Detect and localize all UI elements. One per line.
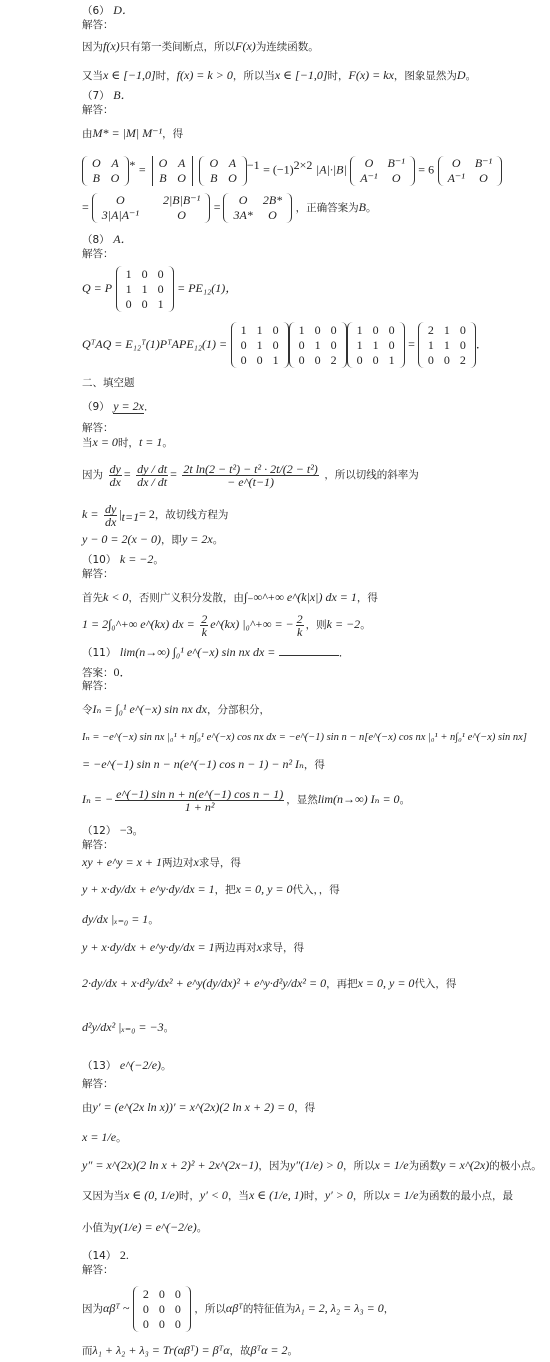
q10-line-1: 首先k < 0，否则广义积分发散，由∫₋∞^+∞ e^(k|x|) dx = 1… [82, 590, 378, 605]
q9-solution-label: 解答： [82, 421, 114, 435]
block-matrix: OABO [82, 156, 129, 186]
q12-line-1: xy + e^y = x + 1两边对x求导，得 [82, 855, 241, 870]
q11-solution-label: 解答： [82, 679, 114, 693]
q6-line-1: 因为f(x)只有第一类间断点，所以F(x)为连续函数。 [82, 39, 319, 54]
q7-header: （7） B． [82, 88, 133, 103]
q7-answer: B． [113, 88, 132, 102]
block-matrix-inverse: OABO [199, 156, 246, 186]
q8-equation-1: Q = P 100110001 = PE₁₂(1)， [82, 262, 237, 315]
q9-line-3: k = dydx|t=1= 2，故切线方程为 [82, 498, 228, 533]
q9-line-2: 因为 dydx= dy / dtdx / dt= 2t ln(2 − t²) −… [82, 456, 419, 493]
q13-header: （13） e^(−2/e)。 [82, 1058, 172, 1073]
q14-solution-label: 解答： [82, 1263, 114, 1277]
q7-equation-1: OABO * = OABO OABO −1 = (−1)2×2 |A|·|B| … [82, 147, 502, 189]
q14-line-1: 因为αβᵀ ~ 200000000 ，所以αβᵀ的特征值为λ₁ = 2, λ₂ … [82, 1282, 394, 1335]
q14-line-2: 而λ₁ + λ₂ + λ₃ = Tr(αβᵀ) = βᵀα，故βᵀα = 2。 [82, 1343, 298, 1358]
q13-line-4: 又因为当x ∈ (0, 1/e)时，y′ < 0，当x ∈ (1/e, 1)时，… [82, 1188, 513, 1204]
q6-answer: D． [113, 3, 134, 17]
answer-blank [279, 655, 339, 656]
q6-solution-label: 解答： [82, 18, 114, 32]
q8-answer: A． [113, 232, 132, 246]
q7-intro: 由M* = |M| M⁻¹，得 [82, 126, 183, 141]
q6-line-2: 又当x ∈ [−1,0]时，f(x) = k > 0，所以当x ∈ [−1,0]… [82, 68, 476, 83]
q9-line-4: y − 0 = 2(x − 0)，即y = 2x。 [82, 532, 223, 547]
q10-solution-label: 解答： [82, 567, 114, 581]
q14-header: （14） 2. [82, 1248, 129, 1263]
q12-line-5: 2·dy/dx + x·d²y/dx² + e^y(dy/dx)² + e^y·… [82, 976, 456, 991]
q13-line-5: 小值为y(1/e) = e^(−2/e)。 [82, 1220, 207, 1235]
q11-line-3: = −e^(−1) sin n − n(e^(−1) cos n − 1) − … [82, 757, 325, 772]
q13-line-2: x = 1/e。 [82, 1130, 127, 1145]
q12-line-4: y + x·dy/dx + e^y·dy/dx = 1两边再对x求导，得 [82, 940, 304, 955]
q9-line-1: 当x = 0时，t = 1。 [82, 435, 173, 450]
q11-line-2: Iₙ = −e^(−x) sin nx |₀¹ + n∫₀¹ e^(−x) co… [82, 731, 527, 745]
q7-solution-label: 解答： [82, 103, 114, 117]
q13-answer: e^(−2/e) [120, 1058, 161, 1072]
q11-line-4: Iₙ = −e^(−1) sin n + n(e^(−1) cos n − 1)… [82, 782, 410, 817]
q7-equation-2: = O2|B|B⁻¹3|A|A⁻¹O = O2B*3A*O ，正确答案为B。 [82, 189, 377, 226]
q9-answer: y = 2x [113, 399, 144, 414]
q8-equation-2: QᵀAQ = E₁₂ᵀ(1)PᵀAPE₁₂(1) = 110010001 100… [82, 318, 488, 371]
q11-header: （11） lim(n→∞) ∫₀¹ e^(−x) sin nx dx = ． [82, 645, 349, 660]
determinant: OABO [149, 156, 196, 186]
q13-solution-label: 解答： [82, 1077, 114, 1091]
q12-solution-label: 解答： [82, 838, 114, 852]
q12-line-2: y + x·dy/dx + e^y·dy/dx = 1，把x = 0, y = … [82, 882, 340, 897]
q6-header: （6） D． [82, 3, 134, 18]
q14-answer: 2. [120, 1248, 129, 1262]
q10-header: （10） k = −2。 [82, 552, 164, 567]
q13-line-1: 由y′ = (e^(2x ln x))′ = x^(2x)(2 ln x + 2… [82, 1100, 315, 1115]
q9-header: （9） y = 2x． [82, 399, 154, 414]
q11-answer: 答案：0． [82, 665, 132, 680]
q11-line-1: 令Iₙ = ∫₀¹ e^(−x) sin nx dx，分部积分， [82, 702, 270, 717]
q10-line-2: 1 = 2∫₀^+∞ e^(kx) dx = 2ke^(kx) |₀^+∞ = … [82, 608, 371, 641]
q12-answer: −3 [120, 823, 133, 837]
q8-solution-label: 解答： [82, 247, 114, 261]
q8-header: （8） A． [82, 232, 133, 247]
q12-line-6: d²y/dx² |ₓ₌₀ = −3。 [82, 1020, 174, 1035]
q12-header: （12） −3。 [82, 823, 143, 838]
q12-line-3: dy/dx |ₓ₌₀ = 1。 [82, 912, 159, 927]
section-title-fill-in: 二、填空题 [82, 376, 135, 390]
q10-answer: k = −2 [120, 552, 154, 566]
q13-line-3: y″ = x^(2x)(2 ln x + 2)² + 2x^(2x−1)，因为y… [82, 1158, 542, 1174]
